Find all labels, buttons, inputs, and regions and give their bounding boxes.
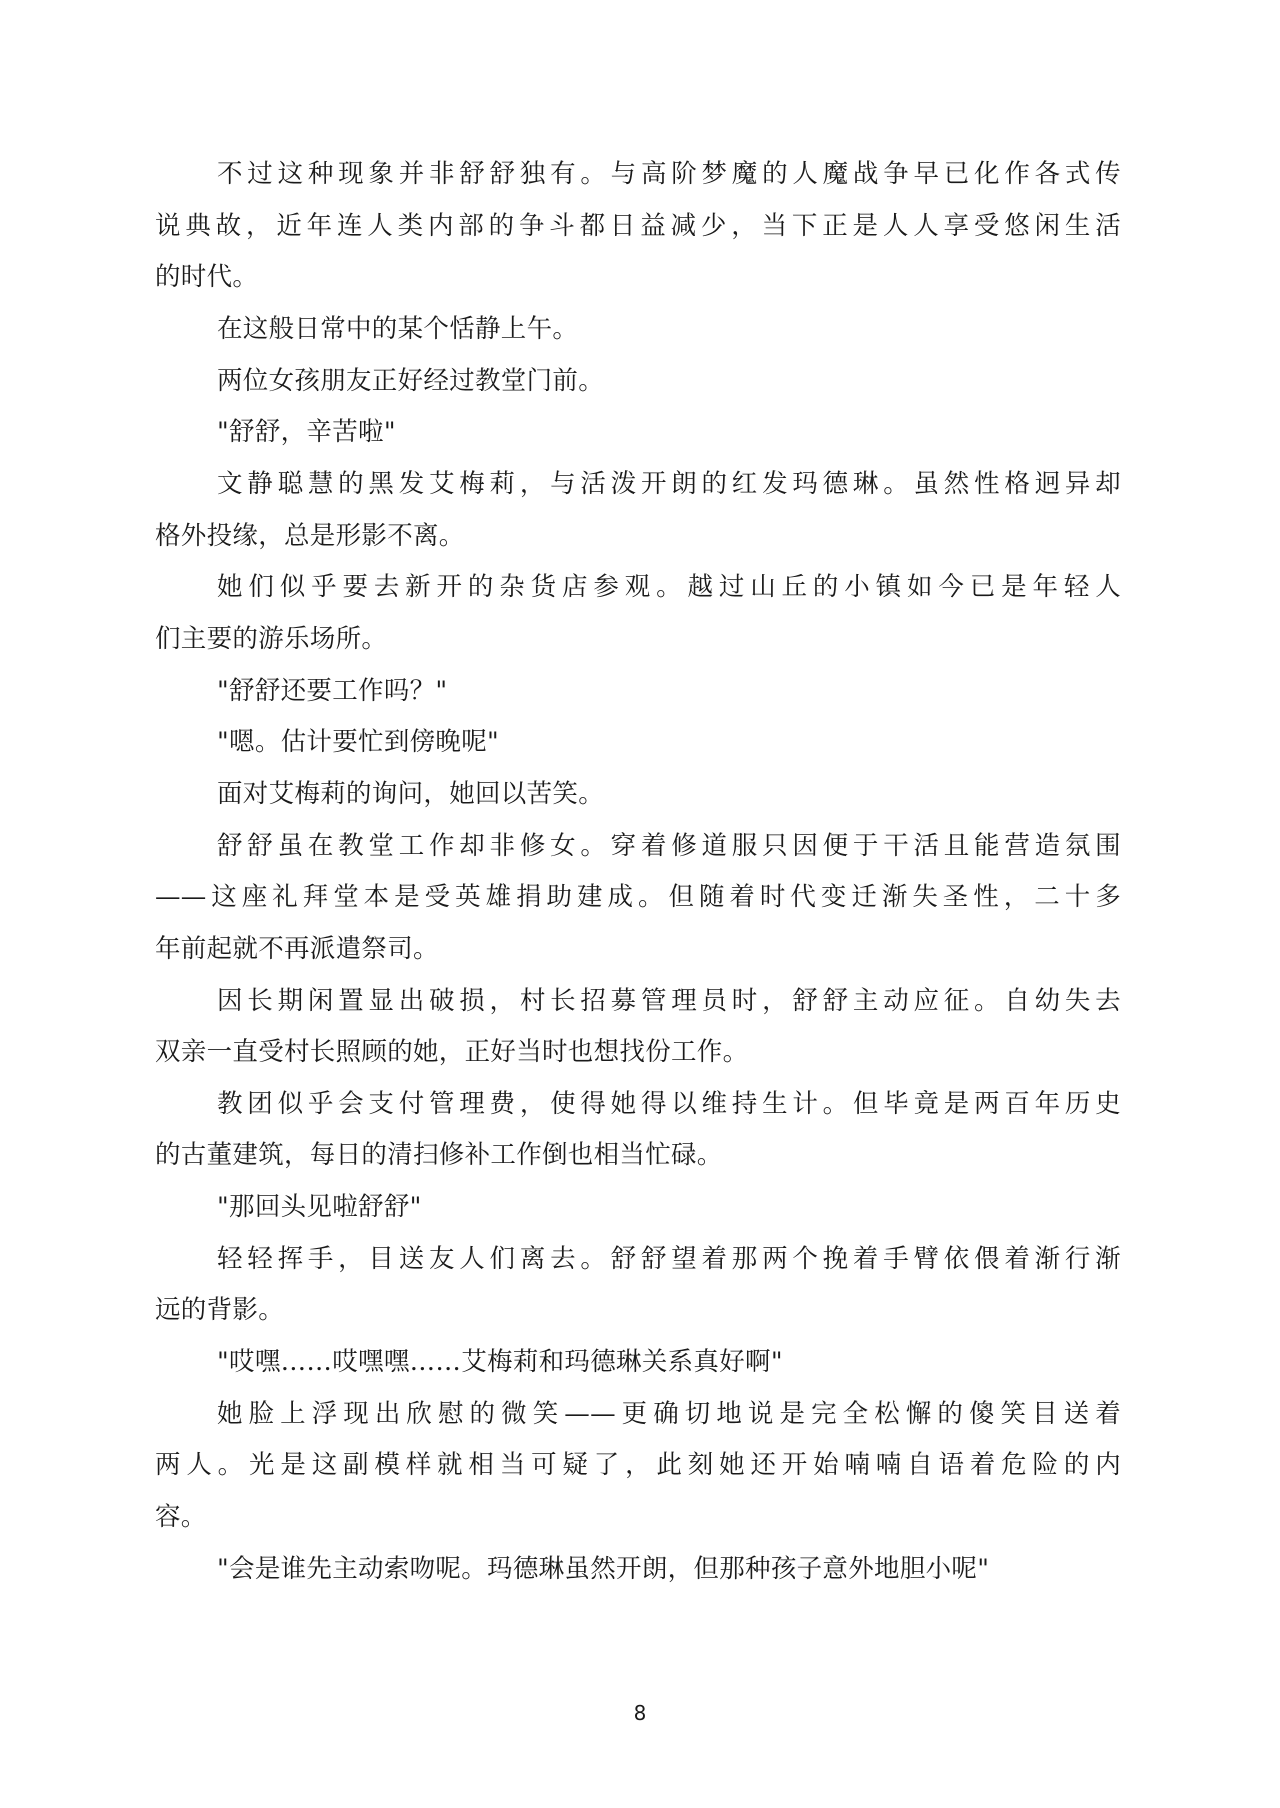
dialogue-line: "那回头见啦舒舒" [155, 1182, 1121, 1234]
paragraph: 教团似乎会支付管理费，使得她得以维持生计。但毕竟是两百年历史 的古董建筑，每日的… [155, 1079, 1121, 1182]
paragraph: 舒舒虽在教堂工作却非修女。穿着修道服只因便于干活且能营造氛围 ——这座礼拜堂本是… [155, 821, 1121, 976]
text-line: 们主要的游乐场所。 [155, 614, 1121, 666]
text-line: 文静聪慧的黑发艾梅莉，与活泼开朗的红发玛德琳。虽然性格迥异却 [155, 459, 1121, 511]
text-line: 不过这种现象并非舒舒独有。与高阶梦魔的人魔战争早已化作各式传 [155, 149, 1121, 201]
dialogue-line: "会是谁先主动索吻呢。玛德琳虽然开朗，但那种孩子意外地胆小呢" [155, 1544, 1121, 1596]
text-line: 因长期闲置显出破损，村长招募管理员时，舒舒主动应征。自幼失去 [155, 976, 1121, 1028]
text-line: 双亲一直受村长照顾的她，正好当时也想找份工作。 [155, 1027, 1121, 1079]
text-line: 舒舒虽在教堂工作却非修女。穿着修道服只因便于干活且能营造氛围 [155, 821, 1121, 873]
paragraph: 她们似乎要去新开的杂货店参观。越过山丘的小镇如今已是年轻人 们主要的游乐场所。 [155, 562, 1121, 665]
paragraph: 在这般日常中的某个恬静上午。 [155, 304, 1121, 356]
text-line: 容。 [155, 1492, 1121, 1544]
text-line: 远的背影。 [155, 1285, 1121, 1337]
paragraph: "舒舒还要工作吗？" [155, 666, 1121, 718]
text-line: 格外投缘，总是形影不离。 [155, 511, 1121, 563]
body-text: 不过这种现象并非舒舒独有。与高阶梦魔的人魔战争早已化作各式传 说典故，近年连人类… [155, 149, 1121, 1595]
paragraph: 她脸上浮现出欣慰的微笑——更确切地说是完全松懈的傻笑目送着 两人。光是这副模样就… [155, 1389, 1121, 1544]
paragraph: 面对艾梅莉的询问，她回以苦笑。 [155, 769, 1121, 821]
text-line: 轻轻挥手，目送友人们离去。舒舒望着那两个挽着手臂依偎着渐行渐 [155, 1234, 1121, 1286]
paragraph: "那回头见啦舒舒" [155, 1182, 1121, 1234]
page-number: 8 [0, 1700, 1280, 1726]
paragraph: 不过这种现象并非舒舒独有。与高阶梦魔的人魔战争早已化作各式传 说典故，近年连人类… [155, 149, 1121, 304]
text-line: 教团似乎会支付管理费，使得她得以维持生计。但毕竟是两百年历史 [155, 1079, 1121, 1131]
document-page: 不过这种现象并非舒舒独有。与高阶梦魔的人魔战争早已化作各式传 说典故，近年连人类… [0, 0, 1280, 1808]
paragraph: "哎嘿……哎嘿嘿……艾梅莉和玛德琳关系真好啊" [155, 1337, 1121, 1389]
paragraph: "舒舒，辛苦啦" [155, 407, 1121, 459]
text-line: 的古董建筑，每日的清扫修补工作倒也相当忙碌。 [155, 1130, 1121, 1182]
paragraph: 轻轻挥手，目送友人们离去。舒舒望着那两个挽着手臂依偎着渐行渐 远的背影。 [155, 1234, 1121, 1337]
paragraph: 因长期闲置显出破损，村长招募管理员时，舒舒主动应征。自幼失去 双亲一直受村长照顾… [155, 976, 1121, 1079]
text-line: ——这座礼拜堂本是受英雄捐助建成。但随着时代变迁渐失圣性，二十多 [155, 872, 1121, 924]
text-line: 在这般日常中的某个恬静上午。 [155, 304, 1121, 356]
text-line: 年前起就不再派遣祭司。 [155, 924, 1121, 976]
dialogue-line: "舒舒，辛苦啦" [155, 407, 1121, 459]
text-line: 她们似乎要去新开的杂货店参观。越过山丘的小镇如今已是年轻人 [155, 562, 1121, 614]
paragraph: "会是谁先主动索吻呢。玛德琳虽然开朗，但那种孩子意外地胆小呢" [155, 1544, 1121, 1596]
text-line: 的时代。 [155, 252, 1121, 304]
text-line: 面对艾梅莉的询问，她回以苦笑。 [155, 769, 1121, 821]
text-line: 两人。光是这副模样就相当可疑了，此刻她还开始喃喃自语着危险的内 [155, 1440, 1121, 1492]
dialogue-line: "嗯。估计要忙到傍晚呢" [155, 717, 1121, 769]
text-line: 说典故，近年连人类内部的争斗都日益减少，当下正是人人享受悠闲生活 [155, 201, 1121, 253]
paragraph: 文静聪慧的黑发艾梅莉，与活泼开朗的红发玛德琳。虽然性格迥异却 格外投缘，总是形影… [155, 459, 1121, 562]
text-line: 两位女孩朋友正好经过教堂门前。 [155, 356, 1121, 408]
dialogue-line: "哎嘿……哎嘿嘿……艾梅莉和玛德琳关系真好啊" [155, 1337, 1121, 1389]
text-line: 她脸上浮现出欣慰的微笑——更确切地说是完全松懈的傻笑目送着 [155, 1389, 1121, 1441]
paragraph: "嗯。估计要忙到傍晚呢" [155, 717, 1121, 769]
paragraph: 两位女孩朋友正好经过教堂门前。 [155, 356, 1121, 408]
dialogue-line: "舒舒还要工作吗？" [155, 666, 1121, 718]
